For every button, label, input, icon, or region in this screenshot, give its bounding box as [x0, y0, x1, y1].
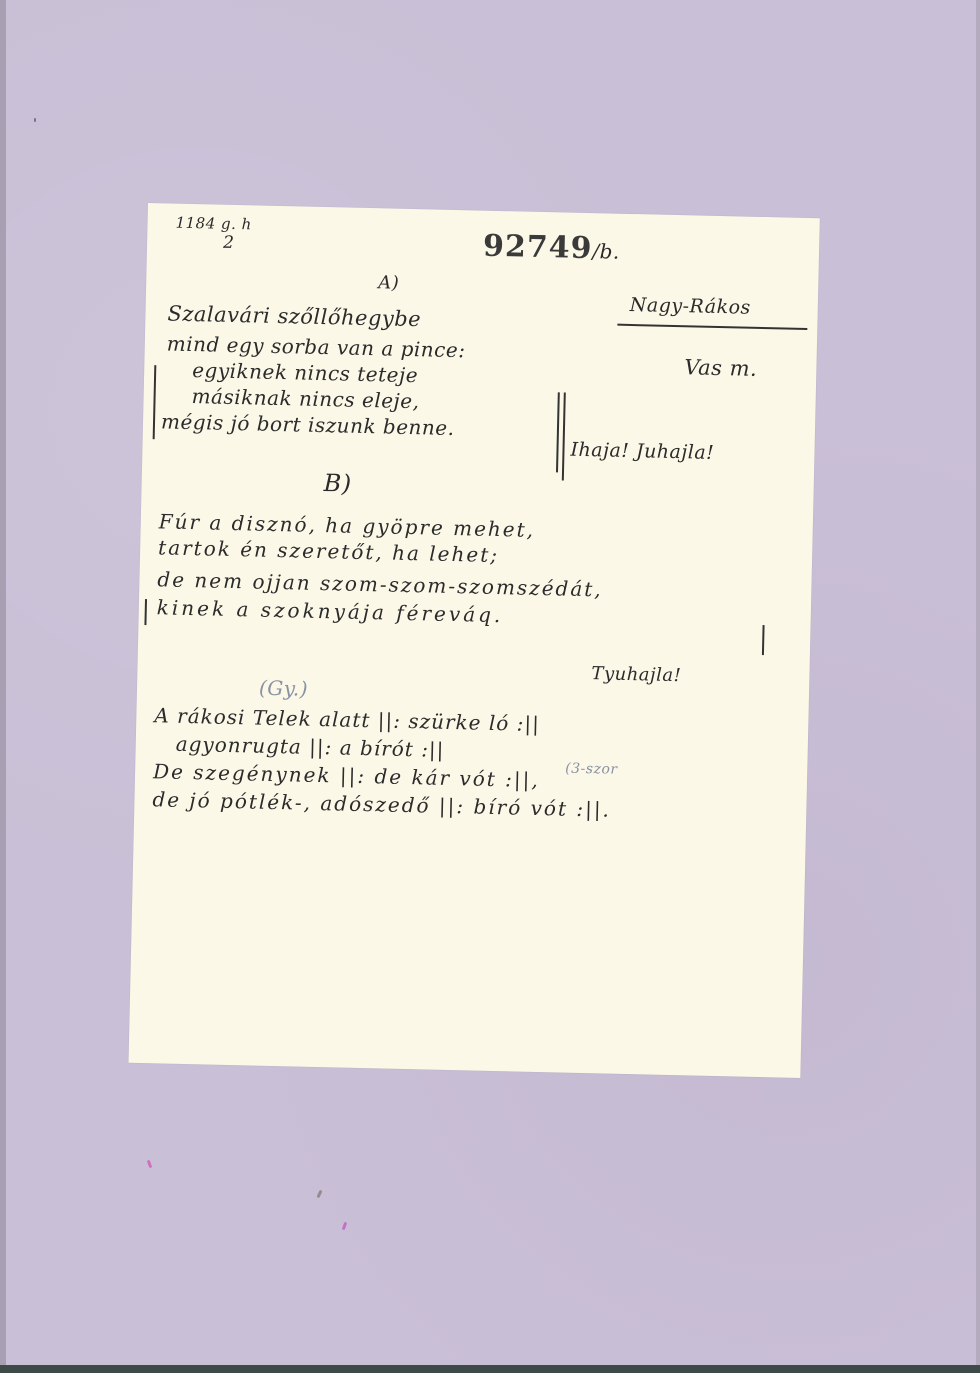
stamp-number: 92749 [483, 229, 593, 266]
stamp-suffix: /b. [592, 239, 620, 264]
section-b-line-2: tartok én szeretőt, ha lehet; [158, 535, 499, 567]
section-c-line-2: agyonrugta ||: a bírót :|| [175, 732, 444, 762]
repeat-bar-right [556, 392, 560, 472]
catalog-note: 1184 g. h [175, 214, 252, 234]
section-a-refrain: Ihaja! Juhajla! [570, 439, 714, 464]
section-c-line-4: de jó pótlék-, adószedő ||: bíró vót :||… [152, 787, 611, 821]
board-edge-bottom [0, 1365, 980, 1373]
repeat-bar-left [153, 365, 157, 439]
section-c-pencil-note: (3-szor [565, 761, 618, 778]
repeat-bar-left [144, 599, 147, 625]
section-c-pencil-label: (Gy.) [259, 676, 309, 701]
section-b-line-4: kinek a szoknyája féreváq. [157, 595, 504, 627]
paper-fleck [316, 1190, 322, 1199]
registration-stamp: 92749/b. [483, 229, 621, 267]
section-a-line-5: mégis jó bort iszunk benne. [161, 409, 455, 440]
repeat-bar-right [762, 625, 765, 655]
board-edge-left [0, 0, 6, 1373]
section-a-label: A) [378, 272, 400, 293]
section-a-line-3: egyiknek nincs teteje [192, 358, 418, 387]
board-edge-right [976, 0, 980, 1373]
location-underline [617, 324, 807, 330]
section-c-line-1: A rákosi Telek alatt ||: szürke ló :|| [154, 703, 540, 736]
repeat-bar-right [562, 392, 566, 480]
section-b-label: B) [323, 469, 352, 498]
section-c-line-3: De szegénynek ||: de kár vót :||, [153, 759, 540, 792]
paper-fleck [147, 1160, 153, 1169]
section-b-refrain: Tyuhajla! [591, 663, 681, 686]
paper-fleck [342, 1222, 348, 1231]
location-label: Nagy-Rákos [630, 294, 752, 319]
county-label: Vas m. [684, 355, 757, 381]
section-a-line-4: másiknak nincs eleje, [191, 384, 419, 413]
catalog-mark: 2 [223, 233, 235, 253]
section-a-line-1: Szalavári szőllőhegybe [167, 301, 421, 331]
manuscript-sheet: 1184 g. h 2 92749/b. Nagy-Rákos Vas m. A… [128, 203, 819, 1078]
paper-fleck [34, 118, 36, 122]
